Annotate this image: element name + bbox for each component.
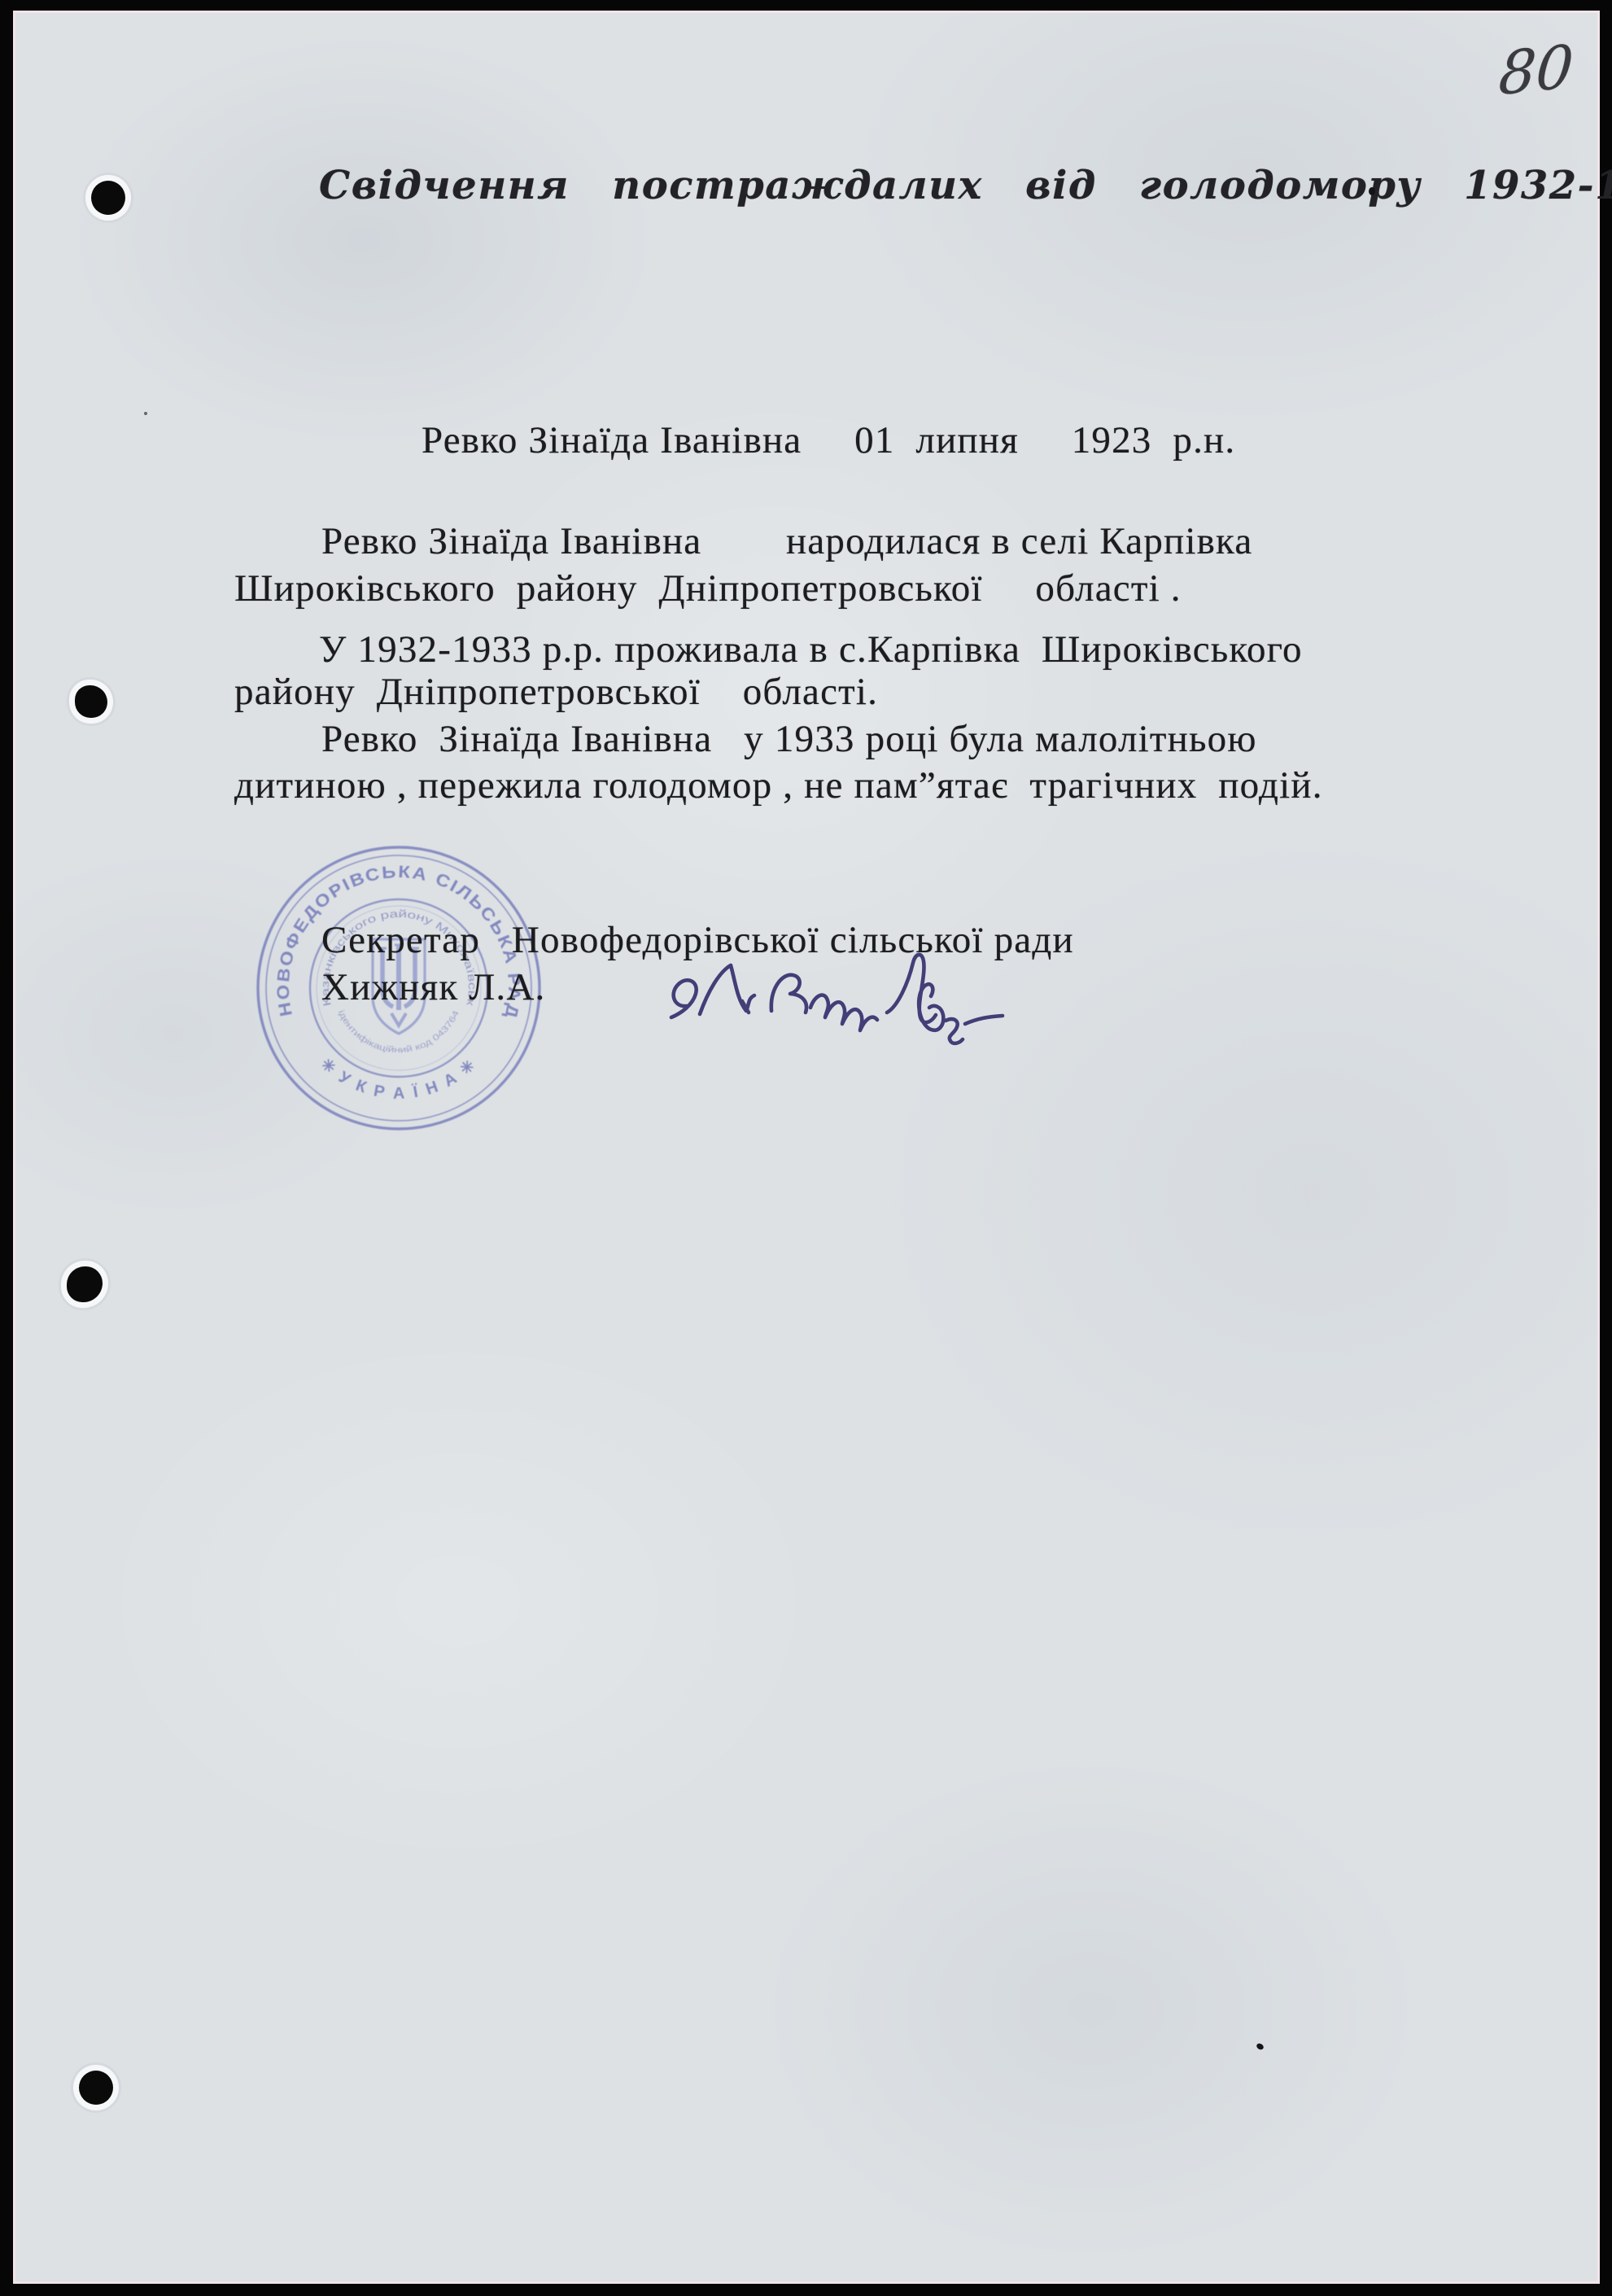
secretary-name: Хижняк Л.А.: [321, 965, 545, 1009]
body-line: дитиною , пережила голодомор , не пам”ят…: [234, 763, 1323, 807]
body-line: У 1932-1933 р.р. проживала в с.Карпівка …: [319, 628, 1303, 671]
witness-name-line: Ревко Зінаїда Іванівна 01 липня 1923 р.н…: [422, 418, 1235, 462]
body-line: Ревко Зінаїда Іванівна у 1933 році була …: [321, 717, 1257, 761]
svg-text:✳ У К Р А Ї Н А ✳: ✳ У К Р А Ї Н А ✳: [317, 1055, 481, 1103]
punch-hole: [79, 2071, 113, 2105]
body-line: Широківського району Дніпропетровської о…: [234, 566, 1182, 610]
body-line: Ревко Зінаїда Іванівна народилася в селі…: [321, 519, 1252, 563]
signature: [651, 936, 1009, 1074]
scanned-document: { "doc": { "page_number": "80", "title":…: [0, 0, 1612, 2296]
punch-hole: [91, 181, 125, 215]
document-page: [13, 11, 1600, 2284]
ink-speck: [144, 412, 147, 415]
punch-hole: [75, 685, 107, 718]
handwritten-page-number: 80: [1496, 32, 1575, 109]
document-title: Свідчення постраждалих від голодомору 19…: [319, 163, 1612, 208]
body-line: району Дніпропетровської області.: [234, 670, 878, 714]
ink-speck: [1369, 187, 1375, 195]
stamp-bottom-ring-text: ✳ У К Р А Ї Н А ✳: [317, 1055, 481, 1103]
